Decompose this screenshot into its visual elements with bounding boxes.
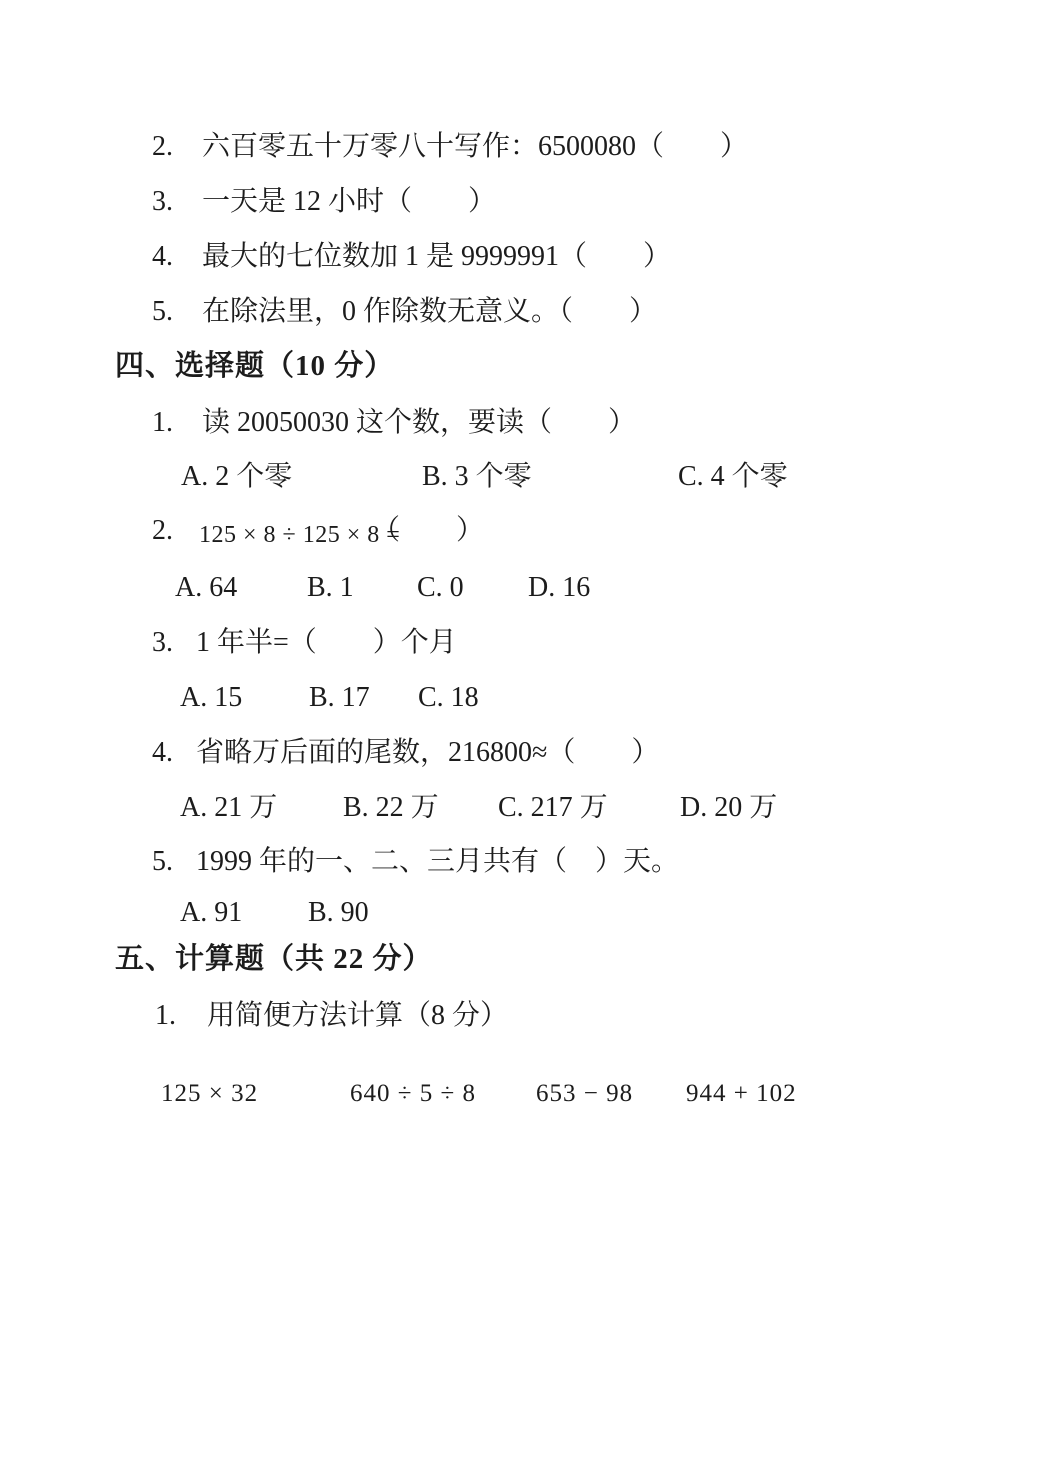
option-b: B. 1 [307, 572, 354, 604]
item-text: 最大的七位数加 1 是 9999991（ ） [202, 241, 671, 273]
item-number: 5. [152, 296, 173, 328]
exam-page: 2. 六百零五十万零八十写作：6500080（ ） 3. 一天是 12 小时（ … [0, 0, 1042, 1474]
question-number: 3. [152, 627, 173, 659]
option-c: C. 4 个零 [678, 461, 788, 493]
option-b: B. 17 [309, 682, 370, 714]
question-formula: 125 × 8 ÷ 125 × 8 = [199, 519, 400, 551]
option-c: C. 217 万 [498, 792, 608, 824]
expression-2: 640 ÷ 5 ÷ 8 [350, 1079, 476, 1109]
option-a: A. 21 万 [180, 792, 277, 824]
option-a: A. 91 [180, 897, 242, 929]
question-text: 读 20050030 这个数，要读（ ） [202, 407, 636, 439]
option-a: A. 15 [180, 682, 242, 714]
item-text: 六百零五十万零八十写作：6500080（ ） [202, 131, 748, 163]
section-heading-text: 五、计算题（共 22 分） [115, 942, 433, 976]
option-b: B. 3 个零 [422, 461, 532, 493]
option-c: C. 18 [418, 682, 479, 714]
choice-q1-options: A. 2 个零 B. 3 个零 C. 4 个零 [0, 461, 1042, 495]
expression-4: 944 + 102 [686, 1079, 797, 1109]
expression-3: 653 − 98 [536, 1079, 633, 1109]
expression-1: 125 × 32 [161, 1079, 258, 1109]
question-number: 4. [152, 737, 173, 769]
item-number: 2. [152, 131, 173, 163]
option-a: A. 64 [175, 572, 237, 604]
question-text: 1 年半=（ ）个月 [196, 627, 457, 659]
question-number: 5. [152, 846, 173, 878]
choice-q3-options: A. 15 B. 17 C. 18 [0, 682, 1042, 716]
section-heading-text: 四、选择题（10 分） [115, 349, 394, 383]
question-text: 省略万后面的尾数，216800≈（ ） [196, 737, 659, 769]
choice-q4-options: A. 21 万 B. 22 万 C. 217 万 D. 20 万 [0, 792, 1042, 826]
question-text: 1999 年的一、二、三月共有（ ）天。 [196, 846, 679, 878]
choice-q1: 1. 读 20050030 这个数，要读（ ） [0, 407, 1042, 441]
answer-blank: （ ） [372, 515, 484, 547]
item-number: 3. [152, 186, 173, 218]
option-c: C. 0 [417, 572, 464, 604]
calc-expressions-row: 125 × 32 640 ÷ 5 ÷ 8 653 − 98 944 + 102 [0, 1079, 1042, 1113]
choice-q5: 5. 1999 年的一、二、三月共有（ ）天。 [0, 846, 1042, 880]
option-d: D. 16 [528, 572, 590, 604]
option-b: B. 22 万 [343, 792, 439, 824]
item-text: 在除法里，0 作除数无意义。（ ） [202, 296, 657, 328]
item-number: 4. [152, 241, 173, 273]
judge-item-2: 2. 六百零五十万零八十写作：6500080（ ） [0, 131, 1042, 165]
item-text: 用简便方法计算（8 分） [207, 1000, 508, 1032]
calc-sub-item: 1. 用简便方法计算（8 分） [0, 1000, 1042, 1034]
judge-item-4: 4. 最大的七位数加 1 是 9999991（ ） [0, 241, 1042, 275]
question-number: 1. [152, 407, 173, 439]
option-a: A. 2 个零 [181, 461, 292, 493]
section-heading-calc: 五、计算题（共 22 分） [0, 942, 1042, 976]
question-number: 2. [152, 515, 173, 547]
judge-item-3: 3. 一天是 12 小时（ ） [0, 186, 1042, 220]
section-heading-choice: 四、选择题（10 分） [0, 349, 1042, 383]
item-text: 一天是 12 小时（ ） [202, 186, 496, 218]
choice-q5-options: A. 91 B. 90 [0, 897, 1042, 931]
choice-q3: 3. 1 年半=（ ）个月 [0, 627, 1042, 661]
choice-q2: 2. 125 × 8 ÷ 125 × 8 = （ ） [0, 515, 1042, 549]
judge-item-5: 5. 在除法里，0 作除数无意义。（ ） [0, 296, 1042, 330]
option-b: B. 90 [308, 897, 369, 929]
choice-q2-options: A. 64 B. 1 C. 0 D. 16 [0, 572, 1042, 606]
option-d: D. 20 万 [680, 792, 777, 824]
choice-q4: 4. 省略万后面的尾数，216800≈（ ） [0, 737, 1042, 771]
item-number: 1. [155, 1000, 176, 1032]
